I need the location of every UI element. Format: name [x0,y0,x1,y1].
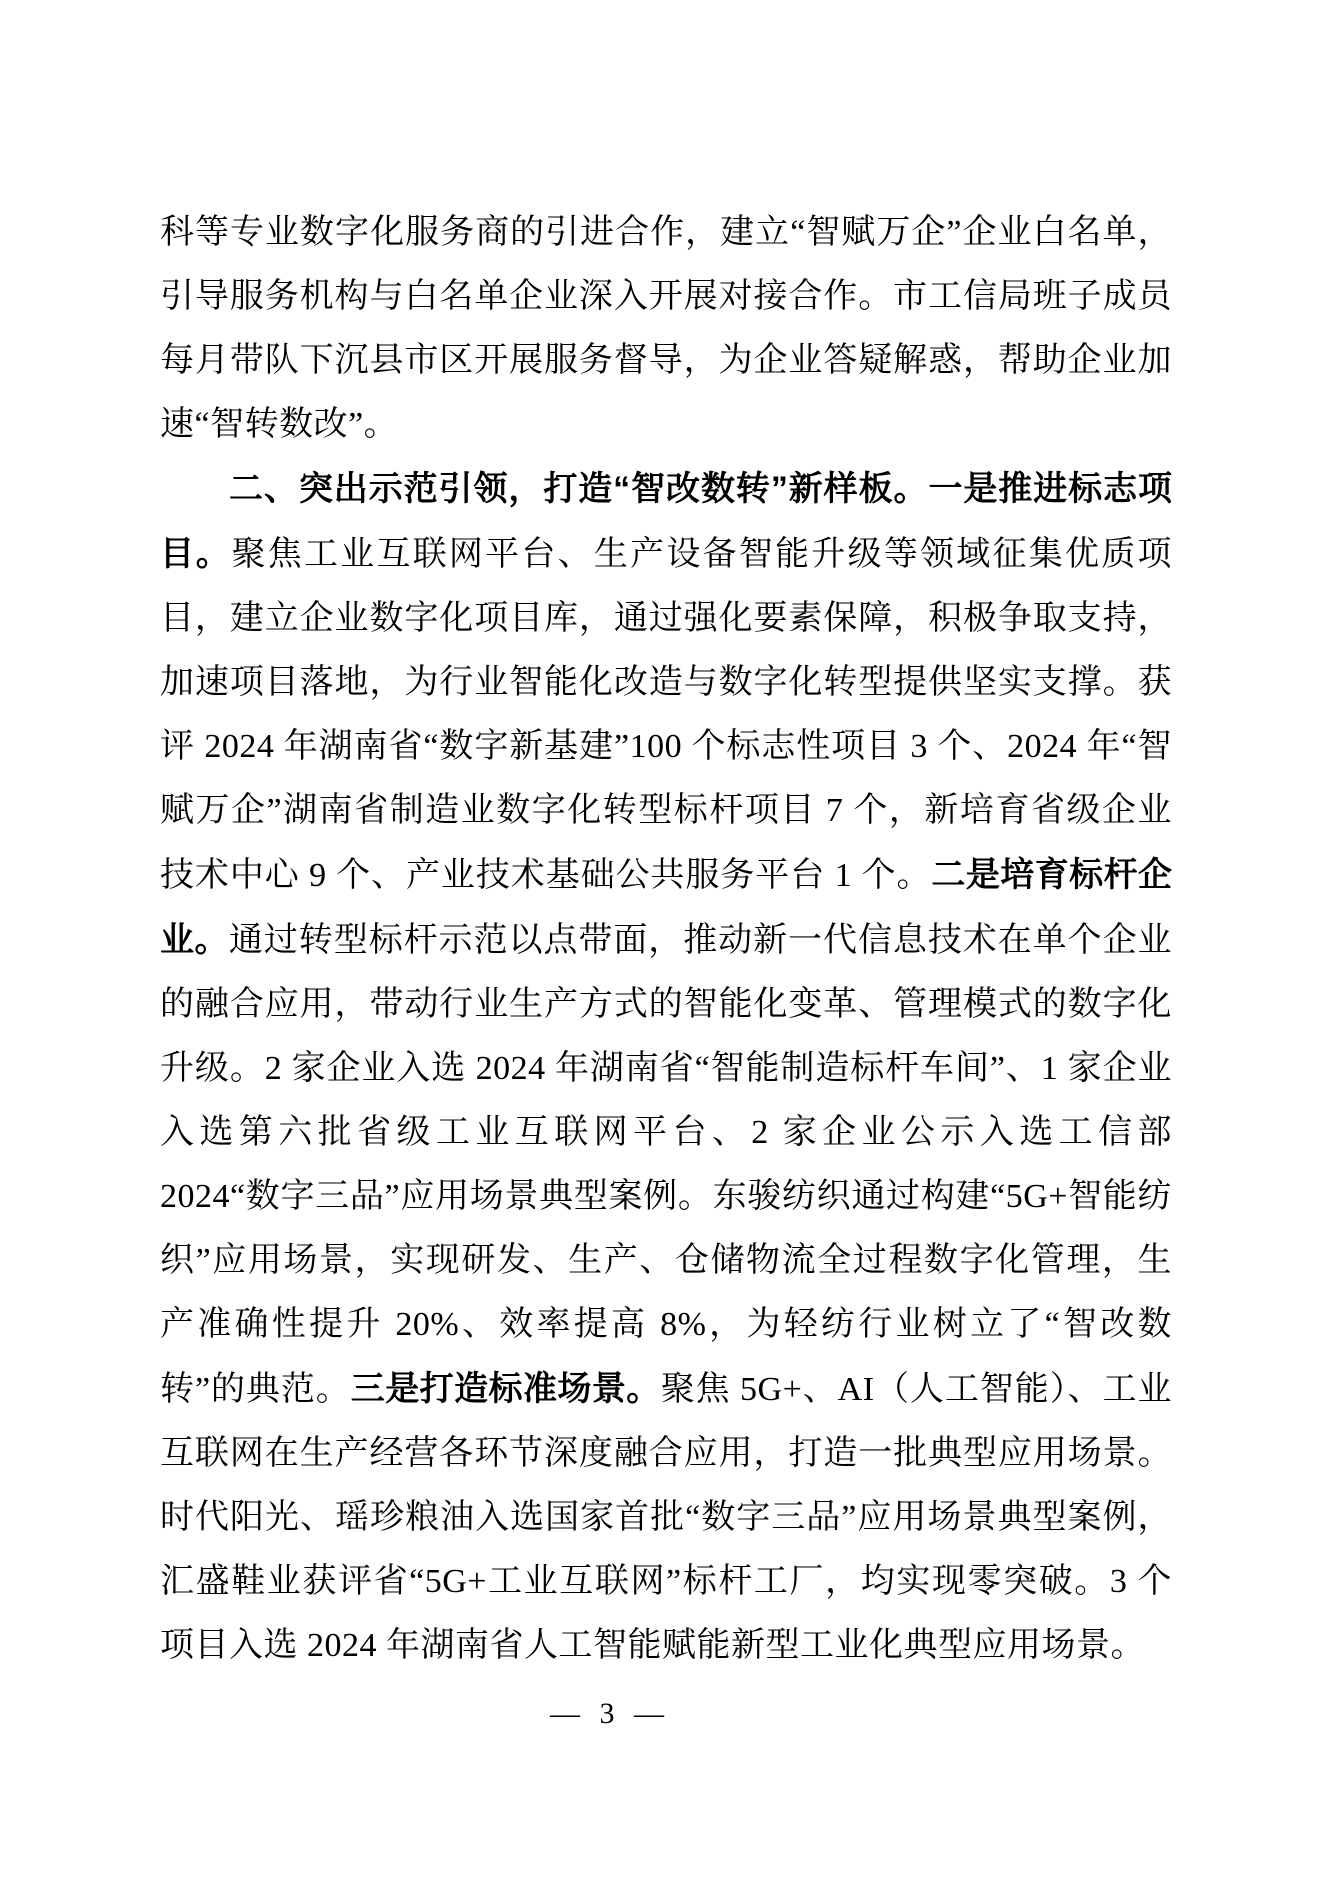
paragraph-continuation: 科等专业数字化服务商的引进合作，建立“智赋万企”企业白名单，引导服务机构与白名单… [160,201,1172,457]
subsection-heading-run: 三是打造标准场景。 [351,1370,661,1408]
body-text-run: 聚焦 5G+、AI（人工智能）、工业互联网在生产经营各环节深度融合应用，打造一批… [160,1371,1172,1664]
body-text-run: 科等专业数字化服务商的引进合作，建立“智赋万企”企业白名单，引导服务机构与白名单… [160,214,1172,443]
document-page: 科等专业数字化服务商的引进合作，建立“智赋万企”企业白名单，引导服务机构与白名单… [0,0,1334,1887]
document-body: 科等专业数字化服务商的引进合作，建立“智赋万企”企业白名单，引导服务机构与白名单… [160,201,1172,1678]
page-number: — 3 — [550,1697,670,1730]
body-text-run: 聚焦工业互联网平台、生产设备智能升级等领域征集优质项目，建立企业数字化项目库，通… [160,536,1172,894]
page-footer: — 3 — [104,1694,1116,1734]
body-text-run: 通过转型标杆示范以点带面，推动新一代信息技术在单个企业的融合应用，带动行业生产方… [160,922,1172,1408]
paragraph-section-two: 二、突出示范引领，打造“智改数转”新样板。一是推进标志项目。聚焦工业互联网平台、… [160,457,1172,1678]
